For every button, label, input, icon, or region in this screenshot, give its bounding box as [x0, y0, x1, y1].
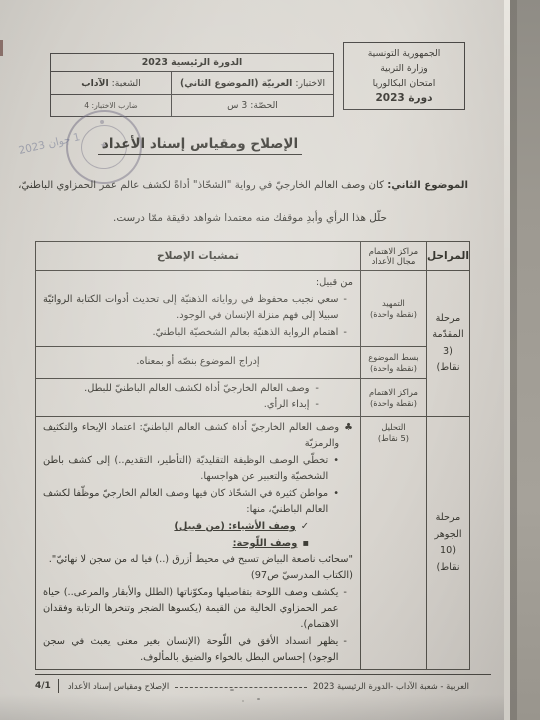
analysis-bullet-2: • مواطن كثيرة في الشحّاذ كان فيها وصف ال…: [43, 486, 339, 518]
preamble-bullet-1: - سعي نجيب محفوظ في رواياته الذهنيّة إلى…: [43, 292, 347, 324]
footer-rule: [35, 674, 491, 675]
focus-areas-item-1: - وصف العالم الخارجيّ أداة لكشف العالم ا…: [43, 381, 319, 397]
footer-section-info: العربية - شعبة الآداب -الدورة الرئيسية 2…: [313, 681, 469, 691]
table-row-focus-areas: مراكز الاهتمام (نقطة واحدة) - وصف العالم…: [36, 379, 470, 417]
analysis-square-item-text: وصف اللّوحة:: [233, 536, 298, 552]
cell-preamble-content: من قبيل: - سعي نجيب محفوظ في رواياته الذ…: [36, 271, 361, 347]
table-row-intro-preamble: مرحلة المقدّمة (3 نقاط) التمهيد (نقطة وا…: [36, 271, 470, 347]
photo-edge-artifact: [0, 40, 3, 56]
dash-marker: -: [315, 397, 319, 413]
grading-table-header-row: المراحل مراكز الاهتمام مجال الأعداد تمشي…: [36, 242, 470, 271]
footer-doc-name: الإصلاح ومقياس إسناد الأعداد: [68, 681, 169, 691]
photo-background: الجمهورية التونسية وزارة التربية امتحان …: [0, 0, 540, 720]
document-title-text: الإصلاح ومقياس إسناد الأعداد: [98, 136, 302, 155]
exam-section-prefix: الشعبة:: [112, 78, 141, 89]
analysis-heading: ♣ وصف العالم الخارجيّ أداة كشف العالم ال…: [43, 420, 353, 452]
exam-subject-cell: الاختبار: العربيّة (الموضوع الثاني): [171, 72, 333, 94]
cell-subject-statement: إدراج الموضوع بنصّه أو بمعناه.: [36, 347, 361, 379]
topic-text: كان وصف العالم الخارجيّ في رواية "الشحّا…: [18, 180, 384, 191]
bullet-marker: •: [333, 486, 339, 518]
exam-section-name: الآداب: [81, 78, 108, 89]
dash-marker: -: [343, 585, 347, 633]
preamble-intro: من قبيل:: [43, 275, 353, 291]
topic-label: الموضوع الثاني:: [387, 180, 468, 191]
footer-dotted-line: [175, 687, 307, 688]
analysis-check-item-text: وصف الأشياء: (من قبيل): [174, 519, 295, 535]
photo-bottom-shade: [0, 694, 504, 720]
check-marker: ✓: [301, 519, 309, 535]
stage-introduction: مرحلة المقدّمة (3 نقاط): [426, 271, 469, 417]
exam-duration-cell: الحصّة: 3 س: [171, 95, 333, 116]
gov-line-ministry: وزارة التربية: [344, 62, 464, 77]
analysis-dash-2-text: يظهر انسداد الأفق في اللّوحة (الإنسان بغ…: [43, 634, 338, 666]
footer-page-number: 4/1: [35, 681, 51, 691]
analysis-dash-2: - يظهر انسداد الأفق في اللّوحة (الإنسان …: [43, 634, 347, 666]
analysis-heading-text: وصف العالم الخارجيّ أداة كشف العالم البا…: [43, 420, 339, 452]
header-focus-areas: مراكز الاهتمام مجال الأعداد: [360, 242, 426, 271]
grading-table: المراحل مراكز الاهتمام مجال الأعداد تمشي…: [35, 241, 470, 670]
focus-interest-centers: مراكز الاهتمام (نقطة واحدة): [360, 379, 426, 417]
dash-marker: -: [343, 634, 347, 666]
analysis-dash-1-text: يكشف وصف اللوحة بتفاصيلها ومكوّناتها (ال…: [43, 585, 338, 633]
dash-marker: -: [343, 325, 347, 341]
footer: العربية - شعبة الآداب -الدورة الرئيسية 2…: [35, 679, 469, 693]
focus-areas-item-2: - إبداء الرأي.: [43, 397, 319, 413]
focus-subject-statement: بسط الموضوع (نقطة واحدة): [360, 347, 426, 379]
header-guidelines: تمشيات الإصلاح: [36, 242, 361, 271]
ministry-header-box: الجمهورية التونسية وزارة التربية امتحان …: [343, 42, 465, 110]
ink-speck: [230, 689, 234, 691]
analysis-quote: "سحائب ناصعة البياض تسبح في محيط أزرق (.…: [43, 552, 353, 584]
dash-marker: -: [343, 292, 347, 324]
gov-line-exam: امتحان البكالوريا: [344, 77, 464, 92]
preamble-bullet-2: - اهتمام الرواية الذهنيّة بعالم الشخصيّة…: [43, 325, 347, 341]
stage-body: مرحلة الجوهر (10 نقاط): [426, 417, 469, 670]
analysis-bullet-1-text: تخطّي الوصف الوظيفة التقليديّة (التأطير،…: [43, 453, 328, 485]
header-stages: المراحل: [426, 242, 469, 271]
gov-line-session-year: دورة 2023: [344, 91, 464, 106]
exam-subject-prefix: الاختبار:: [295, 78, 325, 89]
dash-marker: -: [315, 381, 319, 397]
gov-line-republic: الجمهورية التونسية: [344, 47, 464, 62]
analysis-bullet-1: • تخطّي الوصف الوظيفة التقليديّة (التأطي…: [43, 453, 339, 485]
exam-info-box: الدورة الرئيسية 2023 الاختبار: العربيّة …: [50, 53, 334, 117]
topic-statement-line2: حلّل هذا الرأي وأبدِ موقفك منه معتمدا شو…: [70, 212, 430, 224]
exam-session-row: الدورة الرئيسية 2023: [51, 54, 333, 72]
focus-preamble: التمهيد (نقطة واحدة): [360, 271, 426, 347]
analysis-square-item: ▪ وصف اللّوحة:: [43, 536, 309, 552]
footer-divider: [58, 679, 59, 693]
focus-areas-item-1-text: وصف العالم الخارجيّ أداة لكشف العالم الب…: [84, 381, 309, 397]
cell-focus-areas: - وصف العالم الخارجيّ أداة لكشف العالم ا…: [36, 379, 361, 417]
analysis-check-item: ✓ وصف الأشياء: (من قبيل): [43, 519, 309, 535]
exam-subject-row: الاختبار: العربيّة (الموضوع الثاني) الشع…: [51, 72, 333, 95]
club-marker: ♣: [344, 420, 353, 452]
preamble-bullet-2-text: اهتمام الرواية الذهنيّة بعالم الشخصيّة ا…: [43, 325, 338, 341]
focus-analysis: التحليل (5 نقاط): [360, 417, 426, 670]
table-row-subject-statement: بسط الموضوع (نقطة واحدة) إدراج الموضوع ب…: [36, 347, 470, 379]
analysis-dash-1: - يكشف وصف اللوحة بتفاصيلها ومكوّناتها (…: [43, 585, 347, 633]
focus-areas-item-2-text: إبداء الرأي.: [264, 397, 310, 413]
analysis-bullet-2-text: مواطن كثيرة في الشحّاذ كان فيها وصف العا…: [43, 486, 328, 518]
exam-subject-name: العربيّة (الموضوع الثاني): [180, 78, 292, 89]
exam-section-cell: الشعبة: الآداب: [51, 72, 171, 94]
preamble-bullet-1-text: سعي نجيب محفوظ في رواياته الذهنيّة إلى ت…: [43, 292, 338, 324]
paper-edge-shadow: [510, 0, 517, 720]
topic-statement-line1: الموضوع الثاني: كان وصف العالم الخارجيّ …: [38, 180, 468, 191]
stamp-mark: [100, 120, 105, 125]
square-marker: ▪: [302, 536, 309, 552]
table-row-analysis: مرحلة الجوهر (10 نقاط) التحليل (5 نقاط) …: [36, 417, 470, 670]
bullet-marker: •: [333, 453, 339, 485]
document-title: الإصلاح ومقياس إسناد الأعداد: [40, 133, 360, 155]
cell-analysis-content: ♣ وصف العالم الخارجيّ أداة كشف العالم ال…: [36, 417, 361, 670]
